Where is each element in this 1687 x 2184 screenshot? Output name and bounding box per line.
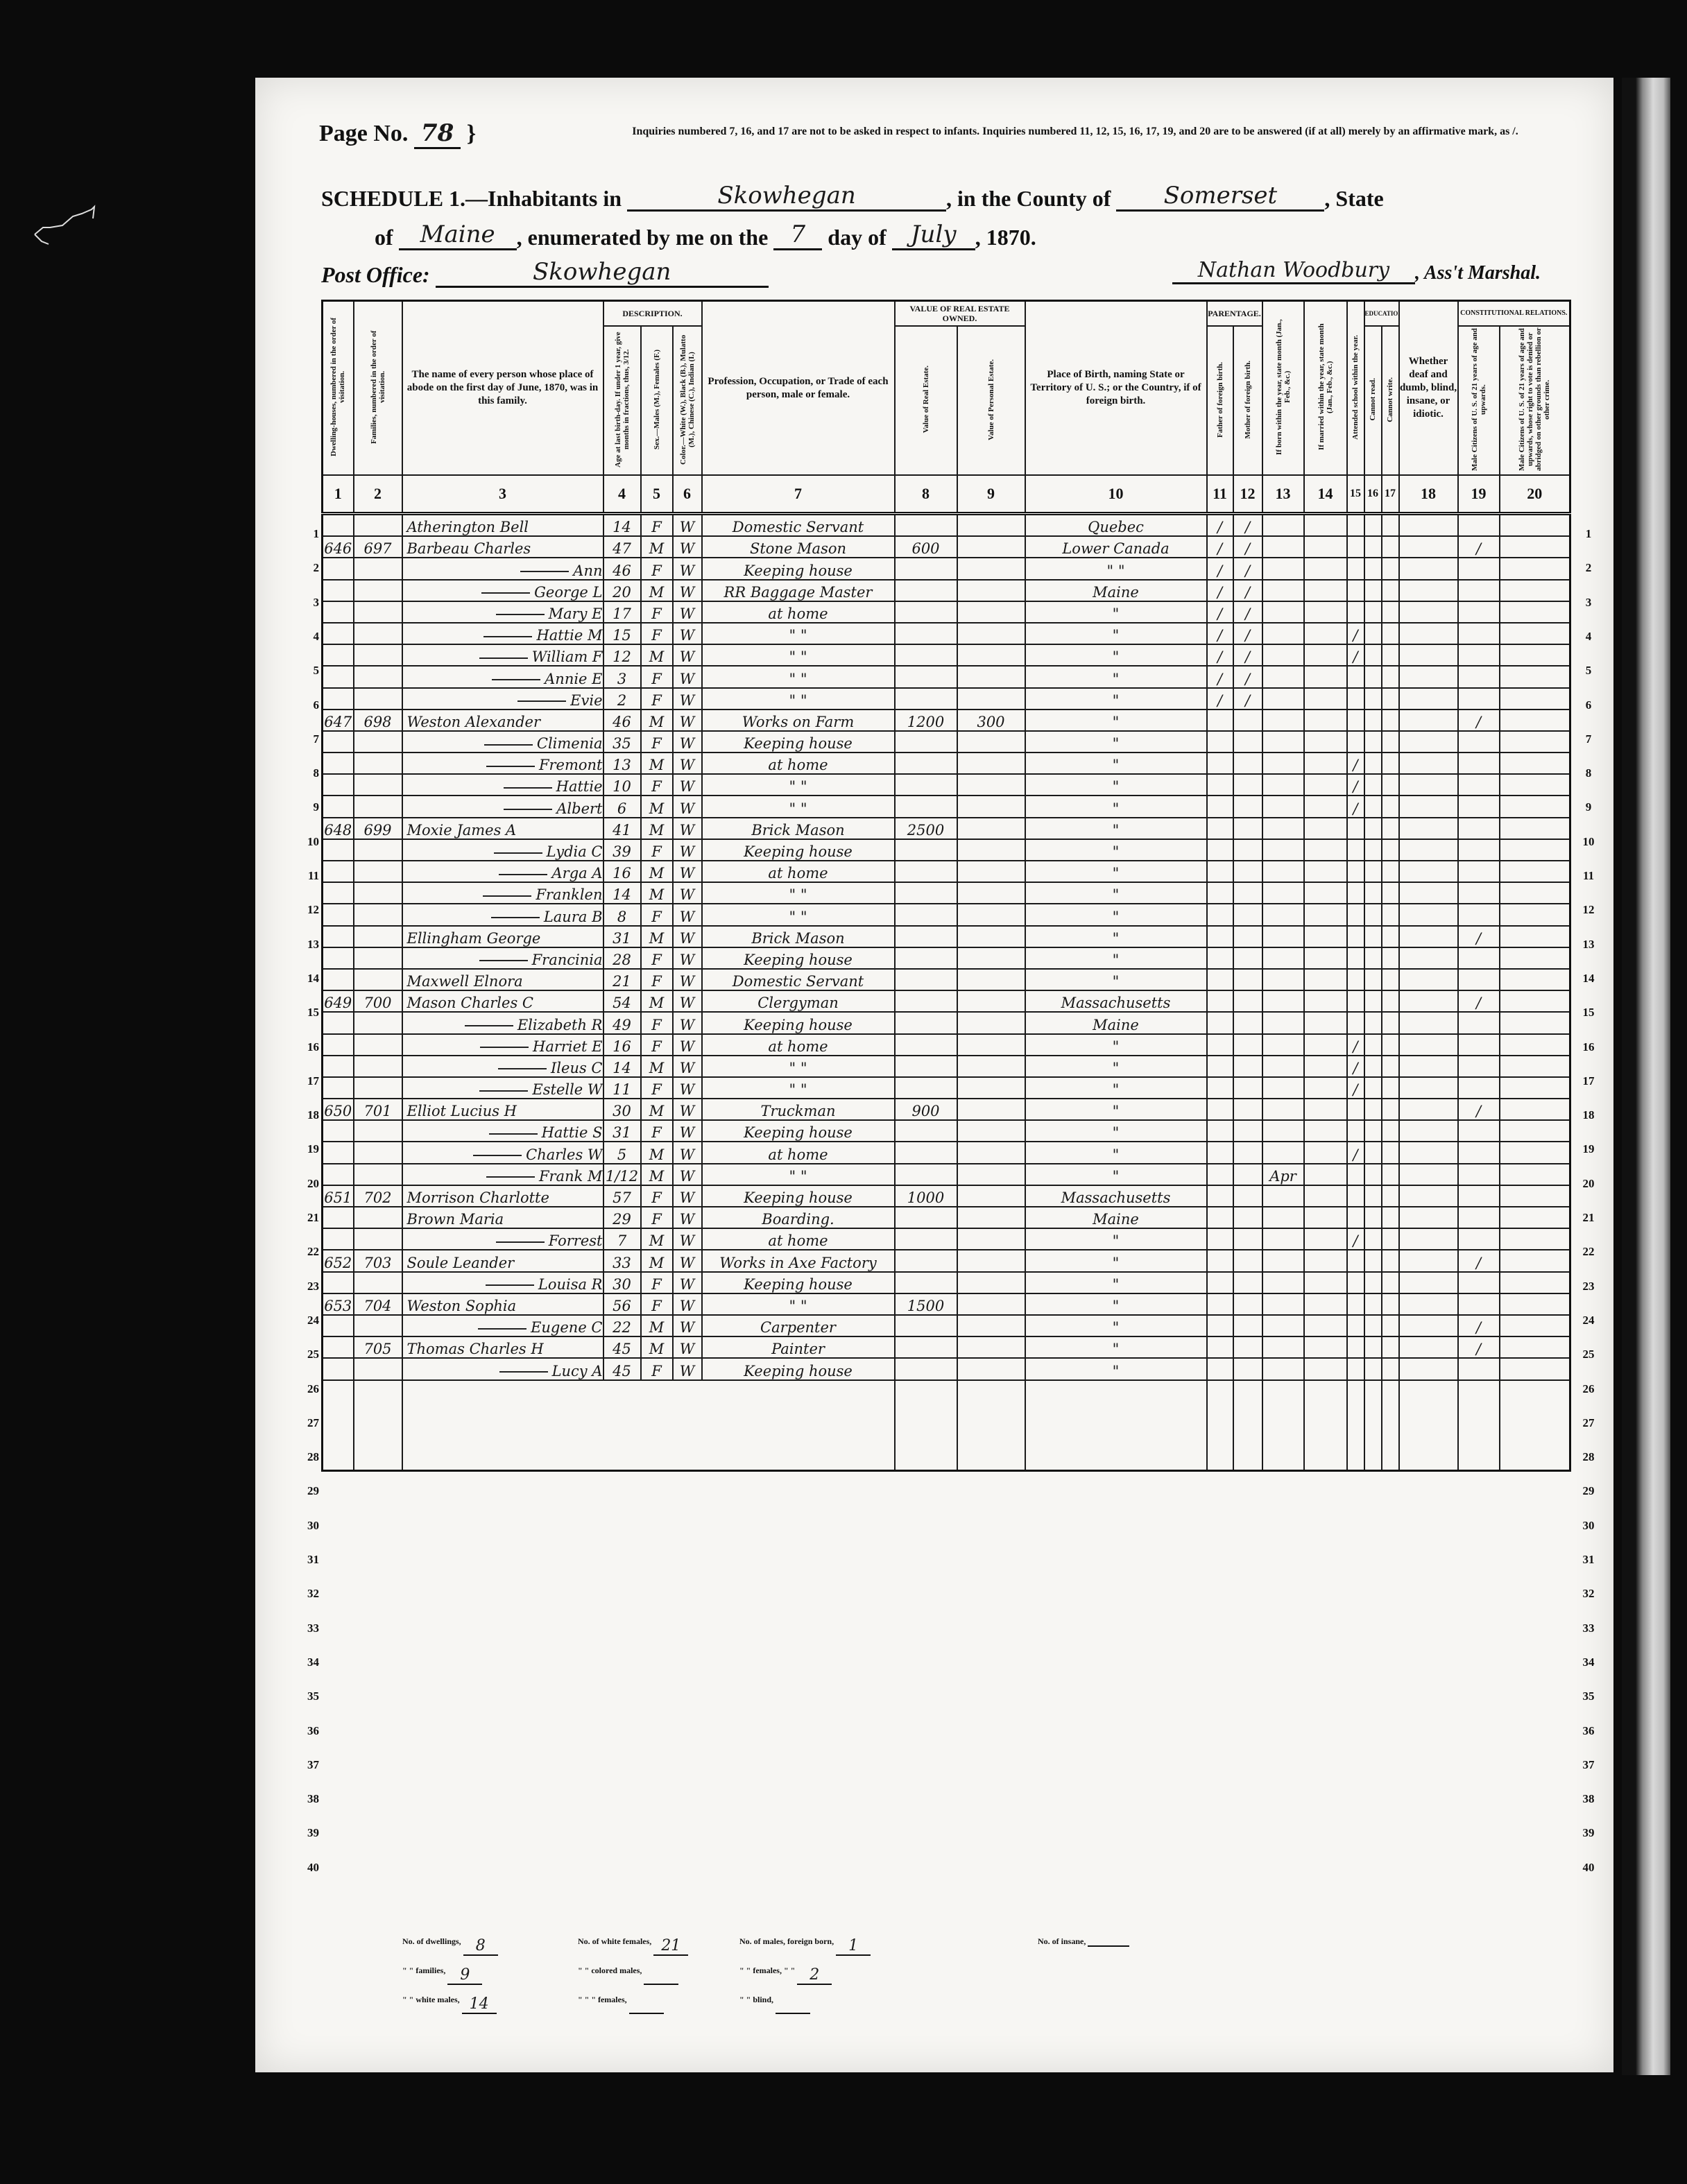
married-month-cell	[1304, 861, 1347, 882]
occupation-cell: at home	[702, 601, 895, 623]
born-month-cell	[1262, 969, 1304, 990]
ditto-dash	[484, 744, 533, 746]
cannot-read-mark-cell	[1364, 774, 1382, 796]
dwelling-number-cell: 653	[323, 1293, 354, 1315]
col-number: 11	[1207, 475, 1233, 514]
mother-foreign-mark-cell	[1233, 947, 1262, 969]
birthplace-cell: "	[1025, 1099, 1207, 1120]
line-number: 40	[1575, 1861, 1602, 1875]
birthplace-cell: "	[1025, 926, 1207, 947]
ditto-dash	[520, 571, 569, 572]
birthplace-cell: "	[1025, 688, 1207, 710]
person-name-cell: Evie	[402, 688, 603, 710]
disability-cell	[1399, 1164, 1458, 1185]
age-cell: 30	[603, 1272, 641, 1293]
col-number: 6	[673, 475, 702, 514]
given-name: Fremont	[539, 757, 603, 773]
table-row: Albert6MW" ""/	[323, 796, 1570, 817]
married-month-cell	[1304, 688, 1347, 710]
birthplace-cell: Maine	[1025, 1012, 1207, 1033]
school-mark-cell: /	[1347, 1034, 1364, 1056]
real-estate-value-cell: 1500	[895, 1293, 957, 1315]
citizen-mark-cell	[1458, 818, 1500, 839]
birthplace-cell: "	[1025, 774, 1207, 796]
table-row: Atherington Bell14FWDomestic ServantQueb…	[323, 514, 1570, 537]
cannot-read-mark-cell	[1364, 1120, 1382, 1142]
birthplace-cell: "	[1025, 1250, 1207, 1271]
ditto-dash	[504, 787, 552, 789]
line-number: 21	[1575, 1211, 1602, 1225]
birthplace-cell: "	[1025, 1293, 1207, 1315]
table-row: Frank M1/12MW" ""Apr	[323, 1164, 1570, 1185]
father-foreign-mark-cell	[1207, 1120, 1233, 1142]
father-foreign-mark-cell	[1207, 926, 1233, 947]
ditto-dash	[478, 1328, 526, 1330]
post-office-line: Post Office: Skowhegan	[321, 258, 769, 288]
col-number: 7	[702, 475, 895, 514]
real-estate-value-cell	[895, 947, 957, 969]
person-name-cell: Charles W	[402, 1142, 603, 1163]
mother-foreign-mark-cell	[1233, 1034, 1262, 1056]
line-number: 23	[1575, 1280, 1602, 1293]
father-foreign-mark-cell	[1207, 969, 1233, 990]
color-cell: W	[673, 1012, 702, 1033]
married-month-cell	[1304, 774, 1347, 796]
occupation-cell: at home	[702, 1228, 895, 1250]
born-month-cell	[1262, 1272, 1304, 1293]
personal-estate-value-cell	[957, 1120, 1025, 1142]
dwelling-number-cell	[323, 1315, 354, 1336]
occupation-cell: " "	[702, 1164, 895, 1185]
line-number: 36	[1575, 1724, 1602, 1738]
occupation-cell: Keeping house	[702, 839, 895, 861]
given-name: Louisa R	[538, 1276, 603, 1293]
disability-cell	[1399, 514, 1458, 537]
born-month-cell	[1262, 1336, 1304, 1358]
married-month-cell	[1304, 710, 1347, 731]
cannot-read-mark-cell	[1364, 688, 1382, 710]
married-month-cell	[1304, 1012, 1347, 1033]
disability-cell	[1399, 904, 1458, 925]
personal-estate-value-cell	[957, 818, 1025, 839]
sex-cell: F	[641, 1293, 673, 1315]
birthplace-cell: "	[1025, 796, 1207, 817]
personal-estate-value-cell	[957, 1012, 1025, 1033]
birthplace-cell: "	[1025, 1336, 1207, 1358]
vote-denied-mark-cell	[1500, 514, 1570, 537]
citizen-mark-cell	[1458, 796, 1500, 817]
age-cell: 45	[603, 1358, 641, 1379]
disability-cell	[1399, 688, 1458, 710]
father-foreign-mark-cell: /	[1207, 644, 1233, 666]
birthplace-cell: "	[1025, 1120, 1207, 1142]
cannot-read-mark-cell	[1364, 990, 1382, 1012]
family-number-cell: 702	[354, 1185, 402, 1207]
age-cell: 30	[603, 1099, 641, 1120]
line-number: 37	[302, 1758, 319, 1772]
line-number: 29	[302, 1484, 319, 1498]
given-name: James A	[456, 822, 516, 839]
father-foreign-mark-cell	[1207, 774, 1233, 796]
real-estate-value-cell	[895, 1056, 957, 1077]
personal-estate-value-cell	[957, 861, 1025, 882]
citizen-mark-cell: /	[1458, 1336, 1500, 1358]
line-number: 10	[1575, 835, 1602, 849]
disability-cell	[1399, 1228, 1458, 1250]
cannot-read-mark-cell	[1364, 1077, 1382, 1099]
table-row: 653704Weston Sophia56FW" "1500"	[323, 1293, 1570, 1315]
table-row: Forrest7MWat home"/	[323, 1228, 1570, 1250]
father-foreign-mark-cell	[1207, 1034, 1233, 1056]
father-foreign-mark-cell	[1207, 882, 1233, 904]
disability-cell	[1399, 1250, 1458, 1271]
col-number: 12	[1233, 475, 1262, 514]
father-foreign-mark-cell	[1207, 1228, 1233, 1250]
age-cell: 14	[603, 514, 641, 537]
citizen-mark-cell: /	[1458, 990, 1500, 1012]
disability-cell	[1399, 882, 1458, 904]
vote-denied-mark-cell	[1500, 710, 1570, 731]
cannot-write-mark-cell	[1382, 839, 1399, 861]
ditto-dash	[483, 895, 531, 897]
vote-denied-mark-cell	[1500, 1228, 1570, 1250]
family-number-cell	[354, 1034, 402, 1056]
mother-foreign-mark-cell	[1233, 774, 1262, 796]
line-number: 11	[1575, 869, 1602, 883]
color-cell: W	[673, 796, 702, 817]
mother-foreign-mark-cell	[1233, 753, 1262, 774]
occupation-cell: Clergyman	[702, 990, 895, 1012]
mother-foreign-mark-cell: /	[1233, 536, 1262, 558]
father-foreign-mark-cell	[1207, 818, 1233, 839]
col-number: 10	[1025, 475, 1207, 514]
color-cell: W	[673, 1120, 702, 1142]
mother-foreign-mark-cell	[1233, 882, 1262, 904]
birthplace-cell: "	[1025, 1228, 1207, 1250]
table-row: Elizabeth R49FWKeeping houseMaine	[323, 1012, 1570, 1033]
real-estate-value-cell	[895, 796, 957, 817]
vote-denied-mark-cell	[1500, 1185, 1570, 1207]
given-name: Elizabeth R	[517, 1017, 603, 1033]
col-number: 4	[603, 475, 641, 514]
sex-cell: M	[641, 1142, 673, 1163]
married-month-cell	[1304, 514, 1347, 537]
birthplace-cell: "	[1025, 1164, 1207, 1185]
personal-estate-value-cell	[957, 688, 1025, 710]
line-number: 8	[302, 766, 319, 780]
age-cell: 16	[603, 861, 641, 882]
sex-cell: M	[641, 926, 673, 947]
color-cell: W	[673, 1293, 702, 1315]
cannot-read-mark-cell	[1364, 710, 1382, 731]
line-number: 35	[302, 1689, 319, 1703]
family-number-cell: 697	[354, 536, 402, 558]
vote-denied-mark-cell	[1500, 1272, 1570, 1293]
surname: Soule	[407, 1255, 449, 1271]
color-cell: W	[673, 1315, 702, 1336]
ditto-dash	[492, 679, 540, 680]
given-name: Forrest	[549, 1232, 603, 1249]
married-month-cell	[1304, 1315, 1347, 1336]
person-name-cell: Francinia	[402, 947, 603, 969]
school-mark-cell: /	[1347, 796, 1364, 817]
real-estate-value-cell	[895, 1336, 957, 1358]
sex-cell: F	[641, 1272, 673, 1293]
personal-estate-value-cell	[957, 969, 1025, 990]
given-name: Lydia C	[547, 843, 603, 860]
table-row: William F12MW" ""///	[323, 644, 1570, 666]
married-month-cell	[1304, 1228, 1347, 1250]
birthplace-cell: "	[1025, 904, 1207, 925]
citizen-mark-cell	[1458, 753, 1500, 774]
line-number: 20	[1575, 1177, 1602, 1191]
person-name-cell: Thomas Charles H	[402, 1336, 603, 1358]
cannot-write-mark-cell	[1382, 623, 1399, 644]
dwelling-number-cell	[323, 558, 354, 579]
col-number: 9	[957, 475, 1025, 514]
given-name: Climenia	[537, 735, 603, 752]
col-number: 20	[1500, 475, 1570, 514]
sex-cell: F	[641, 839, 673, 861]
birthplace-cell: "	[1025, 1077, 1207, 1099]
dwelling-number-cell: 649	[323, 990, 354, 1012]
school-mark-cell	[1347, 731, 1364, 753]
given-name: Ann	[573, 562, 602, 579]
given-name: Charles	[474, 540, 531, 557]
ditto-dash	[517, 700, 566, 702]
given-name: Charles W	[526, 1146, 602, 1163]
table-row: 650701Elliot Lucius H30MWTruckman900"/	[323, 1099, 1570, 1120]
age-cell: 2	[603, 688, 641, 710]
school-mark-cell: /	[1347, 623, 1364, 644]
cannot-read-mark-cell	[1364, 1315, 1382, 1336]
disability-cell	[1399, 861, 1458, 882]
mother-foreign-mark-cell	[1233, 1358, 1262, 1379]
color-cell: W	[673, 926, 702, 947]
school-mark-cell	[1347, 861, 1364, 882]
school-mark-cell	[1347, 1272, 1364, 1293]
sex-cell: F	[641, 1077, 673, 1099]
ditto-dash	[481, 592, 530, 594]
personal-estate-value-cell	[957, 904, 1025, 925]
person-name-cell: Maxwell Elnora	[402, 969, 603, 990]
line-number: 8	[1575, 766, 1602, 780]
table-row: Lucy A45FWKeeping house"	[323, 1358, 1570, 1379]
born-month-cell	[1262, 1077, 1304, 1099]
father-foreign-mark-cell	[1207, 1293, 1233, 1315]
family-number-cell: 701	[354, 1099, 402, 1120]
cannot-read-mark-cell	[1364, 1358, 1382, 1379]
table-row: Maxwell Elnora21FWDomestic Servant"	[323, 969, 1570, 990]
school-mark-cell	[1347, 601, 1364, 623]
personal-estate-value-cell	[957, 1185, 1025, 1207]
cannot-read-mark-cell	[1364, 1056, 1382, 1077]
married-month-cell	[1304, 1142, 1347, 1163]
col-number: 1	[323, 475, 354, 514]
family-number-cell	[354, 1164, 402, 1185]
married-month-cell	[1304, 1185, 1347, 1207]
born-month-cell	[1262, 818, 1304, 839]
mother-foreign-mark-cell	[1233, 1207, 1262, 1228]
line-number: 4	[302, 630, 319, 644]
given-name: Mary E	[549, 605, 603, 622]
disability-cell	[1399, 990, 1458, 1012]
personal-estate-value-cell	[957, 514, 1025, 537]
sex-cell: M	[641, 796, 673, 817]
cannot-write-mark-cell	[1382, 1272, 1399, 1293]
disability-cell	[1399, 1293, 1458, 1315]
married-month-cell	[1304, 1250, 1347, 1271]
occupation-cell: " "	[702, 904, 895, 925]
ditto-dash	[499, 874, 547, 875]
mother-foreign-mark-cell: /	[1233, 580, 1262, 601]
disability-cell	[1399, 644, 1458, 666]
married-month-cell	[1304, 601, 1347, 623]
page-number: 78	[414, 119, 461, 149]
real-estate-value-cell	[895, 1272, 957, 1293]
person-name-cell: Eugene C	[402, 1315, 603, 1336]
color-cell: W	[673, 1099, 702, 1120]
table-row: Fremont13MWat home"/	[323, 753, 1570, 774]
age-cell: 28	[603, 947, 641, 969]
mother-foreign-mark-cell	[1233, 710, 1262, 731]
line-number: 34	[302, 1656, 319, 1669]
dwelling-number-cell	[323, 1358, 354, 1379]
school-mark-cell	[1347, 1293, 1364, 1315]
sex-cell: M	[641, 1228, 673, 1250]
citizen-mark-cell	[1458, 731, 1500, 753]
line-number: 19	[302, 1142, 319, 1156]
col-header-occupation: Profession, Occupation, or Trade of each…	[702, 301, 895, 476]
cannot-write-mark-cell	[1382, 1293, 1399, 1315]
ditto-dash	[479, 657, 528, 659]
color-cell: W	[673, 969, 702, 990]
mother-foreign-mark-cell: /	[1233, 644, 1262, 666]
disability-cell	[1399, 1034, 1458, 1056]
family-number-cell	[354, 796, 402, 817]
line-number: 12	[1575, 903, 1602, 917]
age-cell: 49	[603, 1012, 641, 1033]
citizen-mark-cell	[1458, 774, 1500, 796]
cannot-write-mark-cell	[1382, 1142, 1399, 1163]
mother-foreign-mark-cell	[1233, 1012, 1262, 1033]
vote-denied-mark-cell	[1500, 774, 1570, 796]
married-month-cell	[1304, 644, 1347, 666]
occupation-cell: Works on Farm	[702, 710, 895, 731]
birthplace-cell: Massachusetts	[1025, 1185, 1207, 1207]
table-row: Laura B8FW" ""	[323, 904, 1570, 925]
col-number: 13	[1262, 475, 1304, 514]
citizen-mark-cell	[1458, 839, 1500, 861]
line-number: 27	[1575, 1416, 1602, 1430]
married-month-cell	[1304, 558, 1347, 579]
occupation-cell: " "	[702, 623, 895, 644]
family-number-cell	[354, 774, 402, 796]
table-row: 652703Soule Leander33MWWorks in Axe Fact…	[323, 1250, 1570, 1271]
father-foreign-mark-cell	[1207, 1315, 1233, 1336]
occupation-cell: at home	[702, 861, 895, 882]
disability-cell	[1399, 1336, 1458, 1358]
vote-denied-mark-cell	[1500, 1034, 1570, 1056]
sex-cell: M	[641, 861, 673, 882]
dwelling-number-cell	[323, 861, 354, 882]
scratch-mark	[28, 187, 118, 257]
mother-foreign-mark-cell	[1233, 1077, 1262, 1099]
group-header-value: VALUE OF REAL ESTATE OWNED.	[895, 301, 1025, 327]
cannot-read-mark-cell	[1364, 514, 1382, 537]
given-name: Charles C	[461, 995, 533, 1011]
mother-foreign-mark-cell	[1233, 1315, 1262, 1336]
cannot-write-mark-cell	[1382, 688, 1399, 710]
citizen-mark-cell	[1458, 882, 1500, 904]
citizen-mark-cell	[1458, 1056, 1500, 1077]
line-number: 5	[1575, 664, 1602, 678]
dwelling-number-cell	[323, 1077, 354, 1099]
occupation-cell: " "	[702, 796, 895, 817]
occupation-cell: " "	[702, 882, 895, 904]
line-number: 24	[302, 1314, 319, 1327]
sex-cell: F	[641, 688, 673, 710]
county-field: Somerset	[1116, 182, 1324, 212]
table-row: 705Thomas Charles H45MWPainter"/	[323, 1336, 1570, 1358]
disability-cell	[1399, 1077, 1458, 1099]
line-number: 14	[302, 972, 319, 986]
family-number-cell	[354, 558, 402, 579]
dwelling-number-cell: 646	[323, 536, 354, 558]
family-number-cell	[354, 688, 402, 710]
color-cell: W	[673, 882, 702, 904]
dwelling-number-cell	[323, 623, 354, 644]
married-month-cell	[1304, 753, 1347, 774]
census-table: Dwelling-houses, numbered in the order o…	[321, 300, 1571, 1472]
cannot-read-mark-cell	[1364, 796, 1382, 817]
given-name: Francinia	[532, 952, 603, 968]
surname: Weston	[407, 714, 461, 730]
surname: Elliot	[407, 1103, 447, 1119]
occupation-cell: Boarding.	[702, 1207, 895, 1228]
birthplace-cell: "	[1025, 818, 1207, 839]
birthplace-cell: "	[1025, 710, 1207, 731]
dwelling-number-cell	[323, 882, 354, 904]
age-cell: 31	[603, 926, 641, 947]
age-cell: 15	[603, 623, 641, 644]
vote-denied-mark-cell	[1500, 1250, 1570, 1271]
person-name-cell: Hattie S	[402, 1120, 603, 1142]
table-row: Evie2FW" ""//	[323, 688, 1570, 710]
line-number: 18	[1575, 1108, 1602, 1122]
personal-estate-value-cell	[957, 623, 1025, 644]
family-number-cell	[354, 1142, 402, 1163]
school-mark-cell	[1347, 1185, 1364, 1207]
given-name: Laura B	[544, 909, 603, 925]
ditto-dash	[489, 1133, 538, 1135]
dwelling-number-cell: 648	[323, 818, 354, 839]
color-cell: W	[673, 947, 702, 969]
father-foreign-mark-cell: /	[1207, 580, 1233, 601]
citizen-mark-cell	[1458, 1142, 1500, 1163]
personal-estate-value-cell	[957, 753, 1025, 774]
age-cell: 46	[603, 558, 641, 579]
family-number-cell	[354, 969, 402, 990]
citizen-mark-cell	[1458, 514, 1500, 537]
family-number-cell	[354, 666, 402, 687]
school-mark-cell	[1347, 558, 1364, 579]
col-header-vote-denied: Male Citizens of U. S. of 21 years of ag…	[1500, 326, 1570, 475]
line-number: 18	[302, 1108, 319, 1122]
personal-estate-value-cell	[957, 796, 1025, 817]
cannot-write-mark-cell	[1382, 1120, 1399, 1142]
person-name-cell: Albert	[402, 796, 603, 817]
